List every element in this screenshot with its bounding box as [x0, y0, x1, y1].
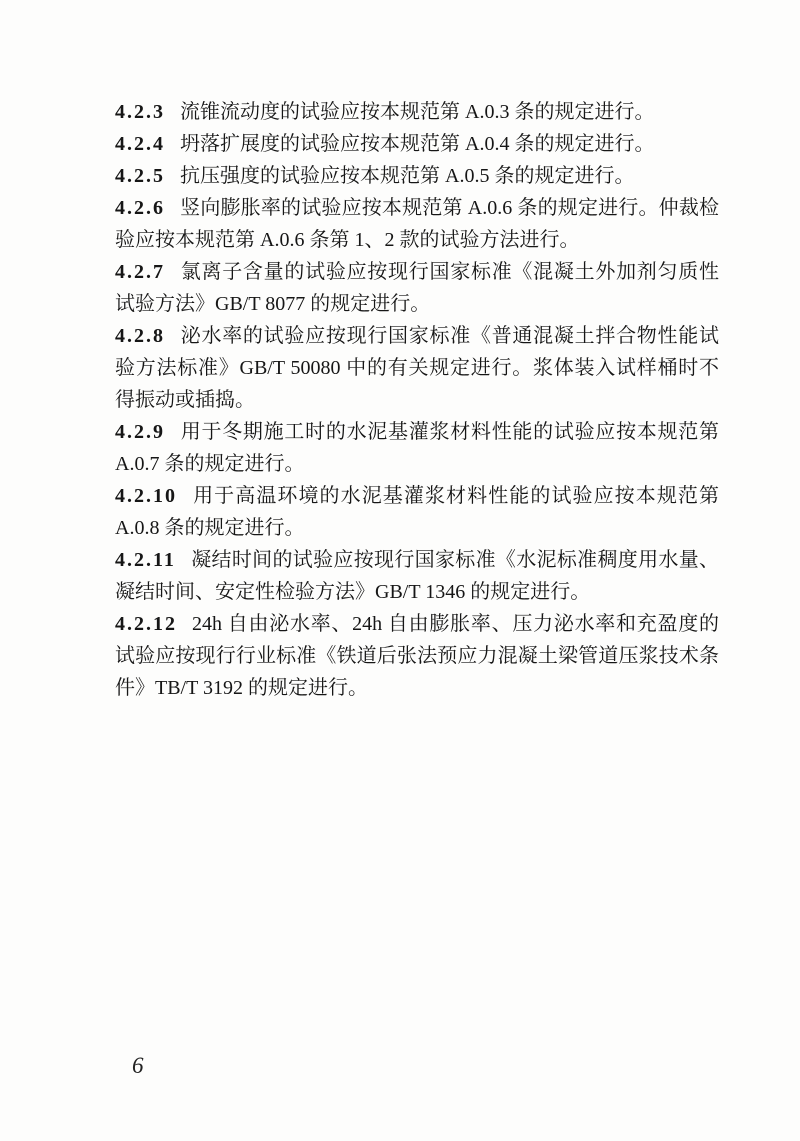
clause-text: 用于冬期施工时的水泥基灌浆材料性能的试验应按本规范第 A.0.7 条的规定进行。: [115, 421, 719, 475]
clause-number: 4.2.4: [115, 133, 165, 155]
clause-4-2-5: 4.2.5抗压强度的试验应按本规范第 A.0.5 条的规定进行。: [115, 160, 719, 192]
clause-number: 4.2.6: [115, 197, 165, 219]
clause-4-2-3: 4.2.3流锥流动度的试验应按本规范第 A.0.3 条的规定进行。: [115, 96, 719, 128]
document-page: 4.2.3流锥流动度的试验应按本规范第 A.0.3 条的规定进行。 4.2.4坍…: [0, 0, 800, 1141]
clause-text: 泌水率的试验应按现行国家标准《普通混凝土拌合物性能试验方法标准》GB/T 500…: [115, 325, 719, 411]
clause-4-2-7: 4.2.7氯离子含量的试验应按现行国家标准《混凝土外加剂匀质性试验方法》GB/T…: [115, 256, 719, 320]
clause-text: 坍落扩展度的试验应按本规范第 A.0.4 条的规定进行。: [180, 133, 654, 155]
page-number: 6: [132, 1053, 144, 1079]
document-body: 4.2.3流锥流动度的试验应按本规范第 A.0.3 条的规定进行。 4.2.4坍…: [115, 96, 719, 704]
clause-4-2-9: 4.2.9用于冬期施工时的水泥基灌浆材料性能的试验应按本规范第 A.0.7 条的…: [115, 416, 719, 480]
clause-4-2-6: 4.2.6竖向膨胀率的试验应按本规范第 A.0.6 条的规定进行。仲裁检验应按本…: [115, 192, 719, 256]
clause-number: 4.2.11: [115, 549, 176, 571]
clause-text: 氯离子含量的试验应按现行国家标准《混凝土外加剂匀质性试验方法》GB/T 8077…: [115, 261, 719, 315]
clause-text: 用于高温环境的水泥基灌浆材料性能的试验应按本规范第 A.0.8 条的规定进行。: [115, 485, 719, 539]
clause-text: 凝结时间的试验应按现行国家标准《水泥标准稠度用水量、凝结时间、安定性检验方法》G…: [115, 549, 719, 603]
clause-4-2-11: 4.2.11凝结时间的试验应按现行国家标准《水泥标准稠度用水量、凝结时间、安定性…: [115, 544, 719, 608]
clause-number: 4.2.9: [115, 421, 165, 443]
clause-4-2-12: 4.2.1224h 自由泌水率、24h 自由膨胀率、压力泌水率和充盈度的试验应按…: [115, 608, 719, 704]
clause-text: 抗压强度的试验应按本规范第 A.0.5 条的规定进行。: [180, 165, 634, 187]
clause-number: 4.2.5: [115, 165, 165, 187]
clause-number: 4.2.8: [115, 325, 165, 347]
clause-4-2-10: 4.2.10用于高温环境的水泥基灌浆材料性能的试验应按本规范第 A.0.8 条的…: [115, 480, 719, 544]
clause-text: 竖向膨胀率的试验应按本规范第 A.0.6 条的规定进行。仲裁检验应按本规范第 A…: [115, 197, 719, 251]
clause-number: 4.2.10: [115, 485, 177, 507]
clause-text: 流锥流动度的试验应按本规范第 A.0.3 条的规定进行。: [180, 101, 654, 123]
clause-number: 4.2.7: [115, 261, 165, 283]
clause-text: 24h 自由泌水率、24h 自由膨胀率、压力泌水率和充盈度的试验应按现行行业标准…: [115, 613, 719, 699]
clause-4-2-8: 4.2.8泌水率的试验应按现行国家标准《普通混凝土拌合物性能试验方法标准》GB/…: [115, 320, 719, 416]
clause-number: 4.2.12: [115, 613, 177, 635]
clause-number: 4.2.3: [115, 101, 165, 123]
clause-4-2-4: 4.2.4坍落扩展度的试验应按本规范第 A.0.4 条的规定进行。: [115, 128, 719, 160]
